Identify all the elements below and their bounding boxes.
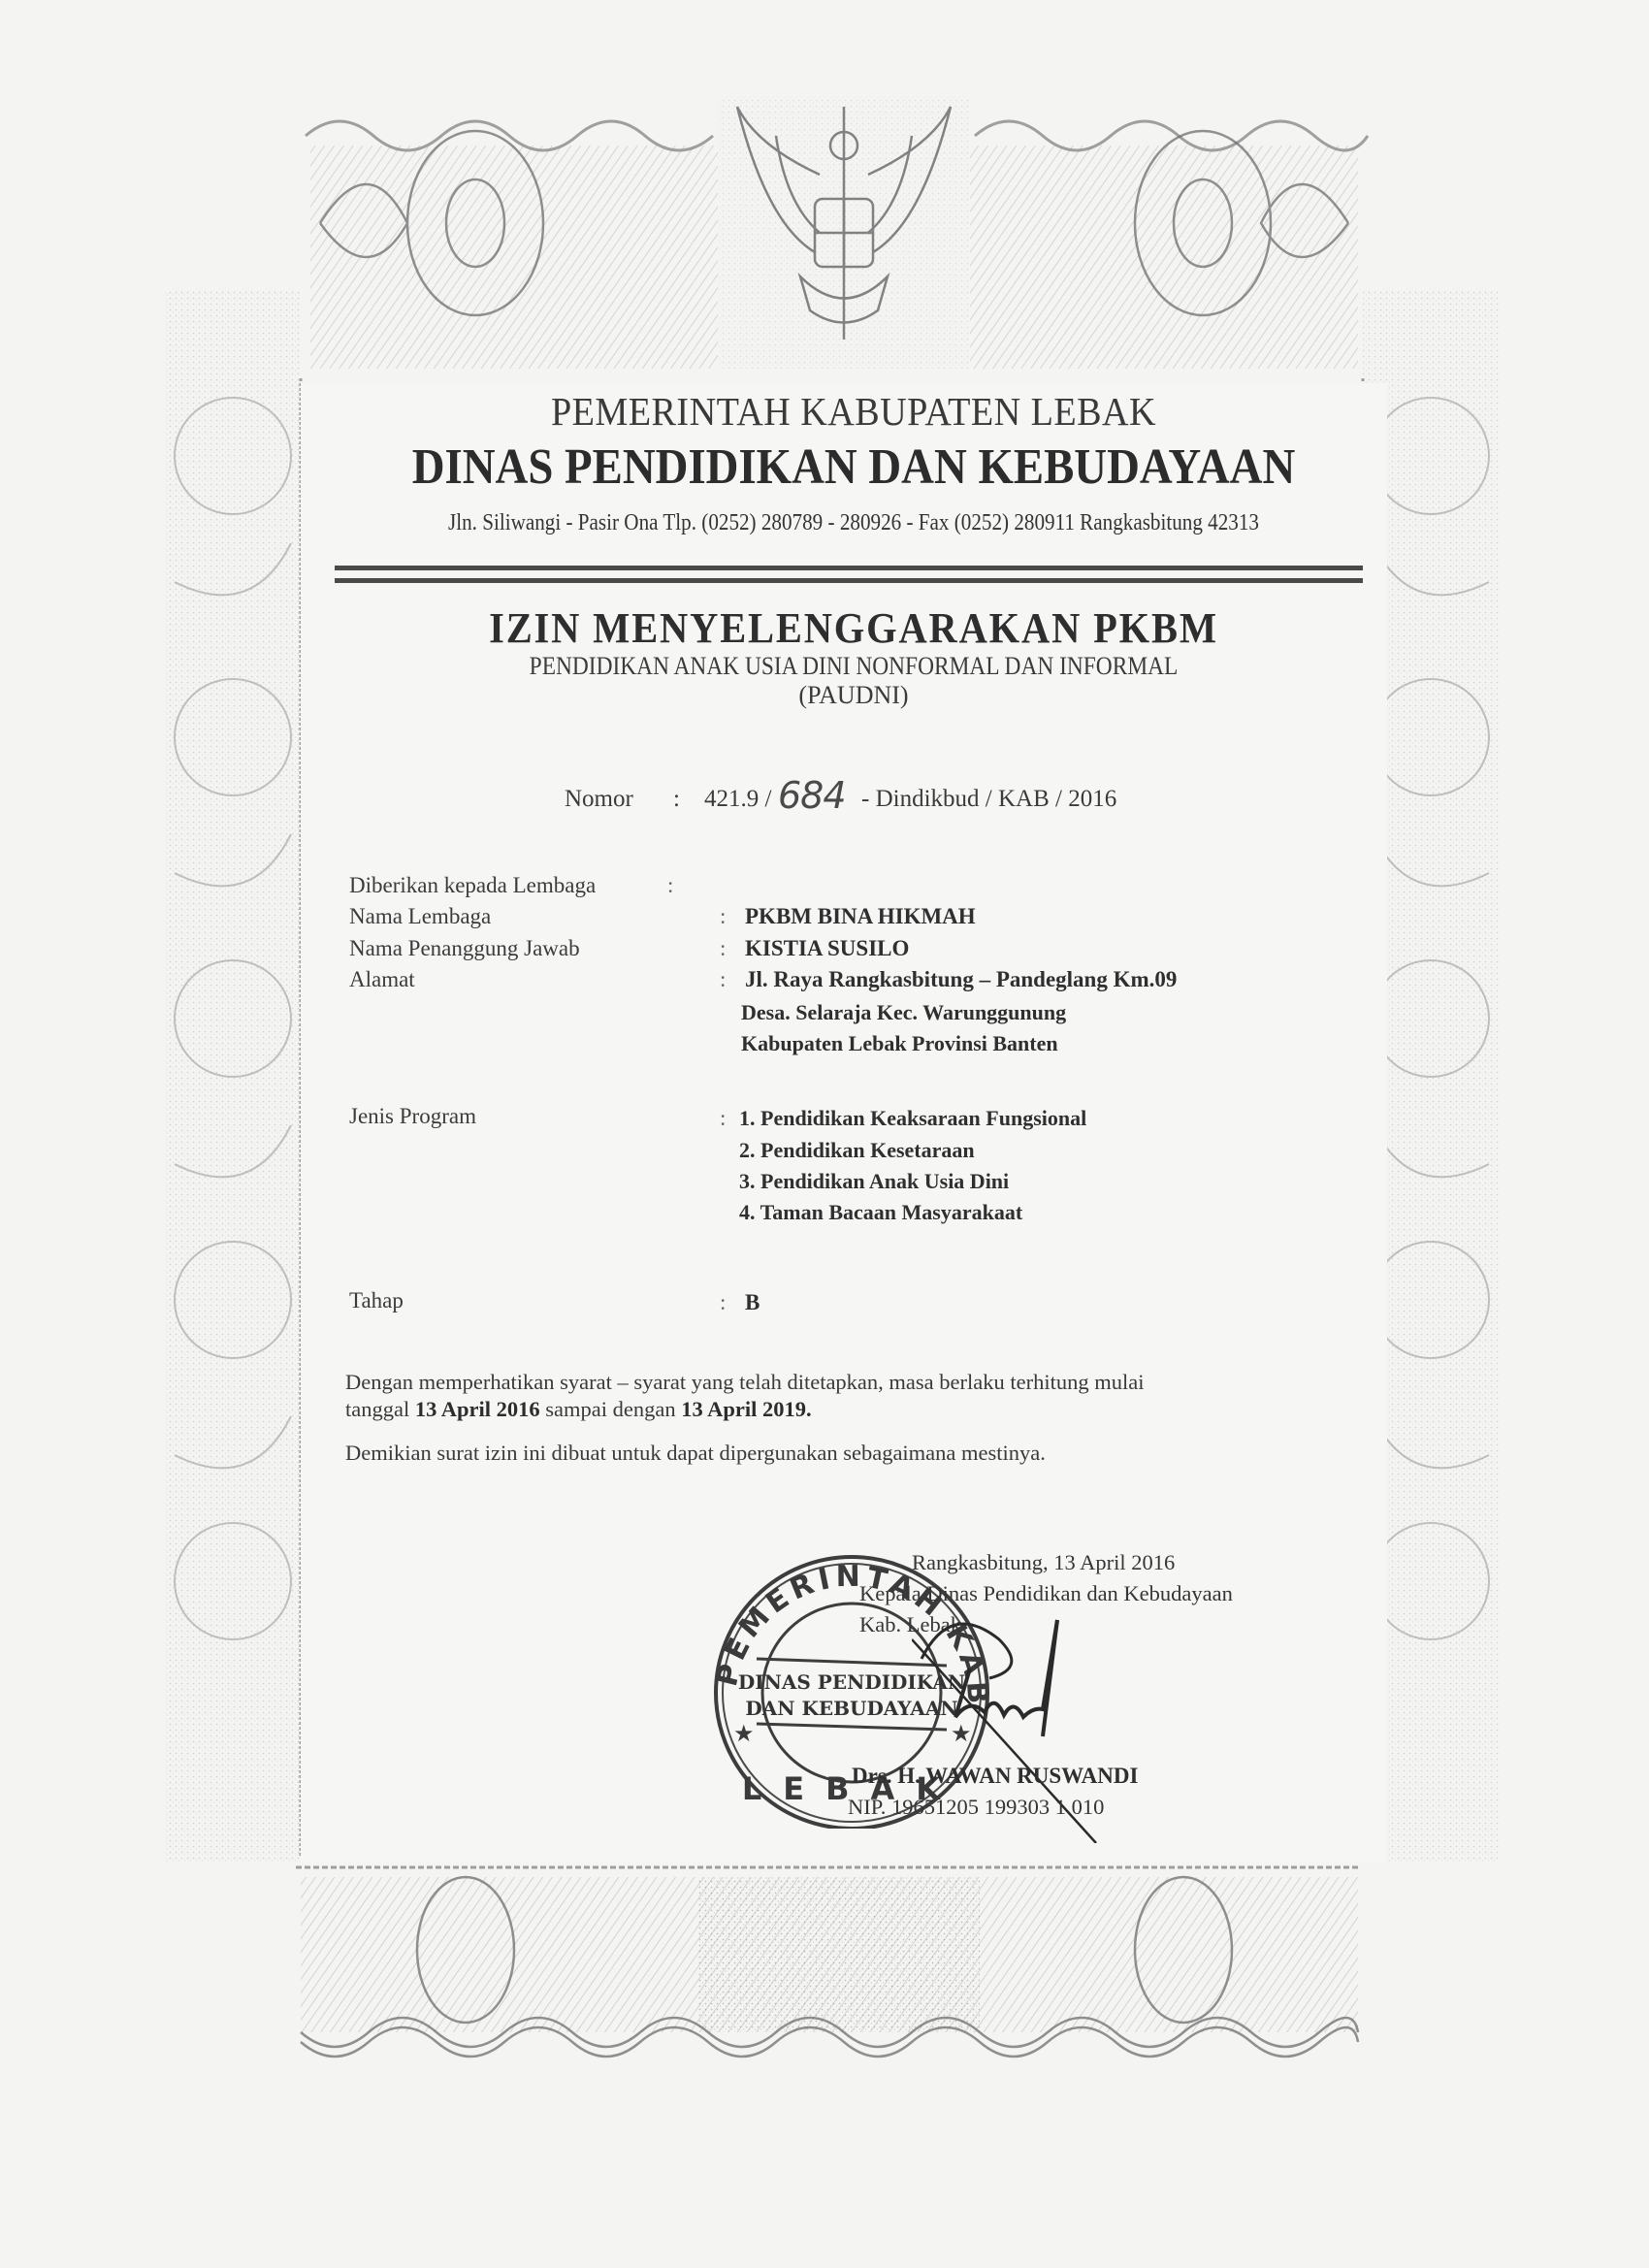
nomor-suffix: - Dindikbud / KAB / 2016: [861, 786, 1116, 813]
address-line: Kabupaten Lebak Provinsi Banten: [741, 1031, 1058, 1056]
letterhead-address: Jln. Siliwangi - Pasir Ona Tlp. (0252) 2…: [384, 510, 1323, 536]
validity-text-line1: Dengan memperhatikan syarat – syarat yan…: [345, 1370, 1144, 1395]
field-colon: :: [720, 904, 726, 929]
programs-label: Jenis Program: [349, 1104, 476, 1129]
field-label-responsible: Nama Penanggung Jawab: [349, 936, 580, 961]
given-to-colon: :: [667, 873, 673, 898]
nomor-colon: :: [673, 786, 680, 813]
letterhead-government: PEMERINTAH KABUPATEN LEBAK: [358, 388, 1350, 435]
field-value-responsible: KISTIA SUSILO: [745, 936, 909, 961]
given-to-label: Diberikan kepada Lembaga: [349, 873, 596, 898]
license-document: PEMERINTAH KABUPATEN LEBAK DINAS PENDIDI…: [0, 0, 1649, 2268]
validity-text-line2: tanggal 13 April 2016 sampai dengan 13 A…: [345, 1397, 812, 1422]
document-title: IZIN MENYELENGGARAKAN PKBM: [443, 603, 1264, 653]
closing-statement: Demikian surat izin ini dibuat untuk dap…: [345, 1441, 1046, 1466]
signatory-name: Drs. H. WAWAN RUSWANDI: [852, 1764, 1138, 1789]
field-colon: :: [720, 967, 726, 992]
document-subtitle-abbrev: (PAUDNI): [407, 681, 1300, 710]
address-line: Desa. Selaraja Kec. Warunggunung: [741, 1000, 1066, 1025]
field-colon: :: [720, 936, 726, 961]
stage-colon: :: [720, 1290, 726, 1315]
field-value-institution: PKBM BINA HIKMAH: [745, 904, 976, 929]
nomor-label: Nomor: [565, 786, 633, 813]
document-subtitle: PENDIDIKAN ANAK USIA DINI NONFORMAL DAN …: [452, 652, 1255, 681]
letterhead-divider-bottom: [335, 578, 1363, 583]
programs-colon: :: [720, 1106, 726, 1131]
field-label-institution: Nama Lembaga: [349, 904, 491, 929]
program-item: 3. Pendidikan Anak Usia Dini: [739, 1169, 1009, 1194]
field-value-address: Jl. Raya Rangkasbitung – Pandeglang Km.0…: [745, 967, 1177, 992]
svg-text:★: ★: [733, 1722, 755, 1747]
signature-place-date: Rangkasbitung, 13 April 2016: [912, 1550, 1175, 1575]
validity-start-date: 13 April 2016: [415, 1397, 540, 1421]
validity-end-date: 13 April 2019.: [681, 1397, 811, 1421]
signatory-nip: NIP. 19651205 199303 1 010: [848, 1795, 1104, 1820]
field-label-address: Alamat: [349, 967, 415, 992]
stage-label: Tahap: [349, 1288, 404, 1313]
program-item: 1. Pendidikan Keaksaraan Fungsional: [739, 1106, 1086, 1131]
nomor-handwritten: 684: [778, 774, 846, 817]
validity-middle: sampai dengan: [540, 1397, 682, 1421]
stage-value: B: [745, 1290, 760, 1315]
letterhead-agency: DINAS PENDIDIKAN DAN KEBUDAYAAN: [373, 438, 1334, 496]
nomor-prefix: 421.9 /: [704, 786, 771, 813]
program-item: 4. Taman Bacaan Masyarakaat: [739, 1200, 1022, 1225]
letterhead-divider-top: [335, 566, 1363, 570]
validity-prefix: tanggal: [345, 1397, 415, 1421]
program-item: 2. Pendidikan Kesetaraan: [739, 1138, 975, 1163]
